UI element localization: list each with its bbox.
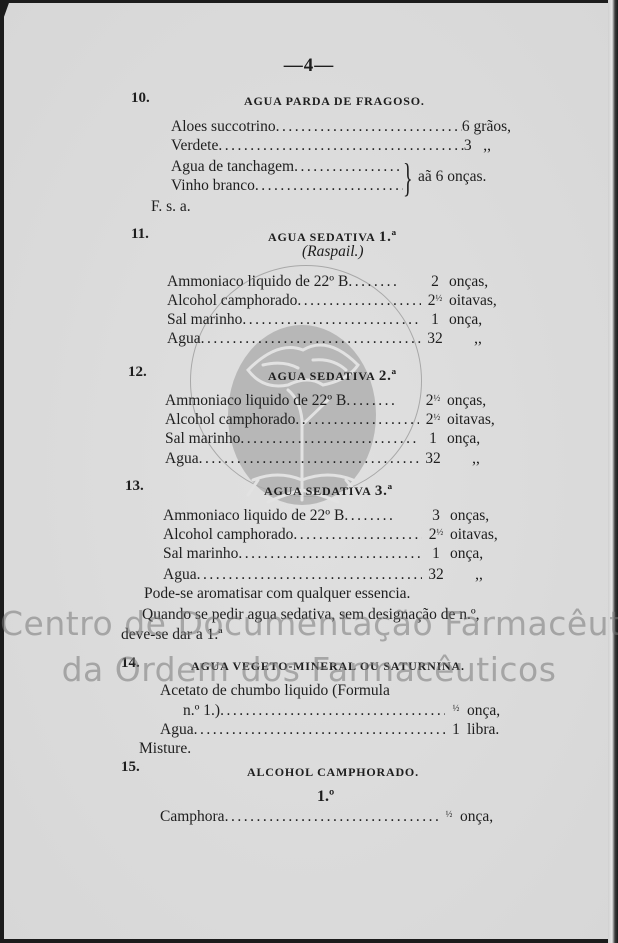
ingredient-line: Agua ...................................… [165,450,505,468]
bracket-brace: } [403,158,413,198]
ingredient-line: Verdete ................................… [171,137,491,155]
page-number: —4— [0,55,618,77]
ingredient-line: Agua ...................................… [167,330,507,348]
ingredient-name: Vinho branco [171,177,255,195]
watermark-line-1: Centro de Documentação Farmacêutica [0,604,618,643]
ingredient-line: Agua de tanchagem ......................… [171,158,403,176]
ingredient-line: Sal marinho ............................… [165,430,505,448]
watermark-line-2: da Ordem dos Farmacêuticos [0,650,618,689]
title-ordinal: 2.ª [379,368,397,384]
instruction-text: Misture. [139,740,191,758]
section-number: 13. [125,478,144,495]
title-ordinal: 3.ª [375,483,393,499]
section-number: 12. [128,364,147,381]
section-number: 10. [131,90,150,107]
subheading: 1.º [317,788,334,806]
ingredient-line: Sal marinho ............................… [167,311,507,329]
bracket-quantity: aã 6 onças. [418,168,486,186]
section-subtitle: (Raspail.) [302,243,364,261]
ingredient-line: Agua ...................................… [163,566,508,584]
ingredient-name: Agua de tanchagem [171,158,294,176]
ingredient-line: Ammoniaco liquido de 22º B ........ 2½ o… [165,392,505,410]
section-title: ALCOHOL CAMPHORADO. [247,765,419,780]
note-text: Pode-se aromatisar com qualquer essencia… [144,585,410,603]
ingredient-line: Ammoniaco liquido de 22º B ........ 2 on… [167,273,507,291]
ingredient-line: n.º 1.) ................................… [183,702,513,720]
ingredient-qty: 6 grãos, [462,118,511,136]
ingredient-line: Vinho branco ...........................… [171,177,403,195]
ingredient-name: Verdete [171,137,218,155]
ingredient-name: Aloes succotrino [171,118,276,136]
section-title: AGUA SEDATIVA 2.ª [268,368,397,385]
title-ordinal: 1.ª [379,229,397,245]
ingredient-line: Ammoniaco liquido de 22º B ........ 3 on… [163,507,508,525]
ingredient-line: Alcohol camphorado .....................… [163,526,508,544]
section-number: 11. [131,226,149,243]
section-title: AGUA SEDATIVA 3.ª [264,483,393,500]
ingredient-line: Aloes succotrino .......................… [171,118,511,136]
ingredient-qty: 3 ,, [464,137,491,155]
ingredient-line: Sal marinho ............................… [163,545,508,563]
ingredient-line: Alcohol camphorado .....................… [167,292,507,310]
instruction-text: F. s. a. [151,198,191,216]
ingredient-line: Agua ...................................… [160,721,513,739]
ingredient-line: Camphora ...............................… [160,808,500,826]
section-title: AGUA PARDA DE FRAGOSO. [244,94,425,109]
section-number: 15. [121,759,140,776]
ingredient-line: Alcohol camphorado .....................… [165,411,505,429]
